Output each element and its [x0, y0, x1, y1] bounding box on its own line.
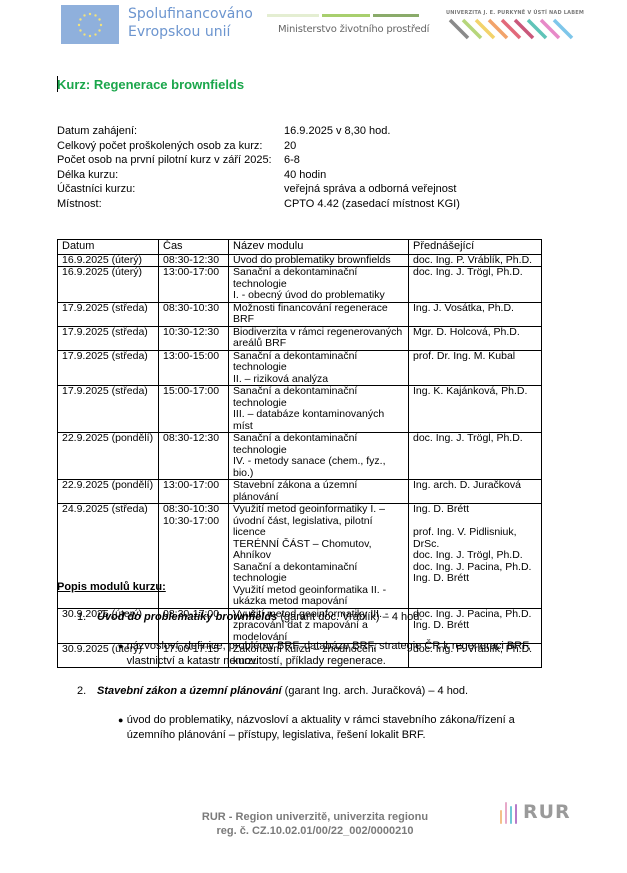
- cell-date: 17.9.2025 (středa): [58, 326, 159, 350]
- header-lecturer: Přednášející: [409, 240, 542, 255]
- cell-time: 08:30-12:30: [159, 433, 229, 480]
- module-line: Úvod do problematiky brownfields: [233, 255, 404, 267]
- time-line: 08:30-10:30: [163, 504, 224, 516]
- info-row: Místnost:CPTO 4.42 (zasedací místnost KG…: [57, 197, 460, 212]
- module-line: Sanační a dekontaminační technologie: [233, 562, 404, 585]
- time-line: 10:30-17:00: [163, 516, 224, 528]
- cell-time: 08:30-10:3010:30-17:00: [159, 504, 229, 609]
- module-number: 2.: [77, 684, 97, 699]
- schedule-table: Datum Čas Název modulu Přednášející 16.9…: [57, 239, 542, 668]
- info-label: Počet osob na první pilotní kurz v září …: [57, 153, 284, 168]
- module-line: IV. - metody sanace (chem., fyz., bio.): [233, 456, 404, 479]
- rur-logo: RUR: [500, 800, 571, 824]
- info-label: Datum zahájení:: [57, 124, 284, 139]
- time-line: 08:30-12:30: [163, 255, 224, 267]
- mzp-bar: [322, 14, 370, 17]
- cell-time: 13:00-17:00: [159, 267, 229, 303]
- module-line: Sanační a dekontaminační technologie: [233, 386, 404, 409]
- eu-stars-icon: [75, 10, 105, 40]
- lecturer-line: Ing. J. Vosátka, Ph.D.: [413, 303, 537, 315]
- bullet-icon: ●: [118, 639, 127, 669]
- cell-lecturer: Ing. D. Bréttprof. Ing. V. Pidlisniuk, D…: [409, 504, 542, 609]
- info-row: Účastníci kurzu:veřejná správa a odborná…: [57, 182, 460, 197]
- time-line: 15:00-17:00: [163, 386, 224, 398]
- cell-module: Sanační a dekontaminační technologieII. …: [229, 350, 409, 386]
- cell-lecturer: doc. Ing. P. Vráblík, Ph.D.: [409, 254, 542, 267]
- cell-lecturer: doc. Ing. J. Trögl, Ph.D.: [409, 267, 542, 303]
- module-1: 1. Úvod do problematiky brownfields (gar…: [77, 610, 547, 625]
- lecturer-line: prof. Ing. V. Pidlisniuk, DrSc.: [413, 527, 537, 550]
- course-info: Datum zahájení:16.9.2025 v 8,30 hod.Celk…: [57, 124, 460, 212]
- lecturer-line: Mgr. D. Holcová, Ph.D.: [413, 327, 537, 339]
- module-line: ukázka metod mapování: [233, 596, 404, 608]
- cell-lecturer: Ing. J. Vosátka, Ph.D.: [409, 302, 542, 326]
- cell-date: 22.9.2025 (pondělí): [58, 433, 159, 480]
- module-line: Sanační a dekontaminační technologie: [233, 267, 404, 290]
- rur-bar: [505, 802, 507, 824]
- cell-lecturer: doc. Ing. J. Trögl, Ph.D.: [409, 433, 542, 480]
- info-value: veřejná správa a odborná veřejnost: [284, 182, 456, 197]
- module-title: Úvod do problematiky brownfields: [97, 611, 277, 623]
- info-label: Účastníci kurzu:: [57, 182, 284, 197]
- mzp-bar: [267, 14, 319, 17]
- bullet-text: názvosloví, definice, problémy BRF, data…: [127, 639, 538, 669]
- table-row: 22.9.2025 (pondělí)13:00-17:00Stavební z…: [58, 480, 542, 504]
- time-line: 10:30-12:30: [163, 327, 224, 339]
- module-line: III. – databáze kontaminovaných míst: [233, 409, 404, 432]
- info-row: Celkový počet proškolených osob za kurz:…: [57, 139, 460, 154]
- cell-time: 13:00-17:00: [159, 480, 229, 504]
- eu-flag-logo: [61, 5, 119, 44]
- info-value: 20: [284, 139, 296, 154]
- module-guarantor: (garant Ing. arch. Juračková) – 4 hod.: [282, 685, 469, 697]
- bullet-icon: ●: [118, 713, 127, 743]
- cell-module: Úvod do problematiky brownfields: [229, 254, 409, 267]
- info-label: Celkový počet proškolených osob za kurz:: [57, 139, 284, 154]
- cell-module: Sanační a dekontaminační technologieIII.…: [229, 386, 409, 433]
- header-time: Čas: [159, 240, 229, 255]
- time-line: 08:30-10:30: [163, 303, 224, 315]
- module-line: areálů BRF: [233, 338, 404, 350]
- info-label: Délka kurzu:: [57, 168, 284, 183]
- rur-bar: [510, 806, 512, 824]
- lecturer-line: doc. Ing. P. Vráblík, Ph.D.: [413, 255, 537, 267]
- footer-project-text: RUR - Region univerzitě, univerzita regi…: [190, 810, 440, 838]
- cell-lecturer: prof. Dr. Ing. M. Kubal: [409, 350, 542, 386]
- info-value: 16.9.2025 v 8,30 hod.: [284, 124, 390, 139]
- cell-lecturer: Ing. arch. D. Juračková: [409, 480, 542, 504]
- footer-line1: RUR - Region univerzitě, univerzita regi…: [190, 810, 440, 824]
- cell-date: 22.9.2025 (pondělí): [58, 480, 159, 504]
- cell-module: Sanační a dekontaminační technologieI. -…: [229, 267, 409, 303]
- cell-date: 16.9.2025 (úterý): [58, 254, 159, 267]
- cell-module: Možnosti financování regenerace BRF: [229, 302, 409, 326]
- mzp-logo-bars: [267, 14, 437, 17]
- cell-time: 08:30-10:30: [159, 302, 229, 326]
- module-guarantor: (garant doc. Vráblík) – 4 hod.: [277, 611, 422, 623]
- lecturer-line: doc. Ing. J. Trögl, Ph.D.: [413, 433, 537, 445]
- module-line: Stavební zákona a územní plánování: [233, 480, 404, 503]
- info-value: CPTO 4.42 (zasedací místnost KGI): [284, 197, 460, 212]
- info-row: Počet osob na první pilotní kurz v září …: [57, 153, 460, 168]
- table-row: 16.9.2025 (úterý)08:30-12:30Úvod do prob…: [58, 254, 542, 267]
- cell-time: 15:00-17:00: [159, 386, 229, 433]
- module-line: Sanační a dekontaminační technologie: [233, 433, 404, 456]
- lecturer-line: Ing. D. Brétt: [413, 573, 537, 585]
- bullet-text: úvod do problematiky, názvosloví a aktua…: [127, 713, 558, 743]
- module-line: Možnosti financování regenerace BRF: [233, 303, 404, 326]
- table-row: 16.9.2025 (úterý)13:00-17:00Sanační a de…: [58, 267, 542, 303]
- rur-bar: [500, 810, 502, 824]
- info-value: 40 hodin: [284, 168, 326, 183]
- lecturer-line: Ing. D. Brétt: [413, 504, 537, 516]
- course-title: Kurz: Regenerace brownfields: [57, 77, 244, 92]
- time-line: 13:00-17:00: [163, 480, 224, 492]
- module-line: I. - obecný úvod do problematiky: [233, 290, 404, 302]
- info-row: Datum zahájení:16.9.2025 v 8,30 hod.: [57, 124, 460, 139]
- cell-date: 16.9.2025 (úterý): [58, 267, 159, 303]
- header-date: Datum: [58, 240, 159, 255]
- module-line: Využití metod geoinformatiky I. –: [233, 504, 404, 516]
- lecturer-line: prof. Dr. Ing. M. Kubal: [413, 351, 537, 363]
- table-row: 17.9.2025 (středa)10:30-12:30Biodiverzit…: [58, 326, 542, 350]
- eu-text-line2: Evropskou unií: [128, 23, 253, 41]
- time-line: 13:00-17:00: [163, 267, 224, 279]
- footer-line2: reg. č. CZ.10.02.01/00/22_002/0000210: [190, 824, 440, 838]
- module-line: II. – riziková analýza: [233, 374, 404, 386]
- cell-module: Stavební zákona a územní plánování: [229, 480, 409, 504]
- cell-module: Sanační a dekontaminační technologieIV. …: [229, 433, 409, 480]
- module-2: 2. Stavební zákon a územní plánování (ga…: [77, 684, 547, 699]
- module-line: TERÉNNÍ ČÁST – Chomutov, Ahníkov: [233, 539, 404, 562]
- lecturer-line: Ing. K. Kajánková, Ph.D.: [413, 386, 537, 398]
- cell-lecturer: Mgr. D. Holcová, Ph.D.: [409, 326, 542, 350]
- table-row: 22.9.2025 (pondělí)08:30-12:30Sanační a …: [58, 433, 542, 480]
- mzp-logo-text: Ministerstvo životního prostředí: [278, 24, 429, 35]
- header-module: Název modulu: [229, 240, 409, 255]
- module-line: úvodní část, legislativa, pilotní licenc…: [233, 516, 404, 539]
- info-value: 6-8: [284, 153, 300, 168]
- info-label: Místnost:: [57, 197, 284, 212]
- module-title: Stavební zákon a územní plánování: [97, 685, 282, 697]
- module-number: 1.: [77, 610, 97, 625]
- ujep-logo-text: UNIVERZITA J. E. PURKYNĚ V ÚSTÍ NAD LABE…: [446, 10, 584, 16]
- module-line: Sanační a dekontaminační technologie: [233, 351, 404, 374]
- ujep-stripes-icon: [446, 18, 576, 40]
- mzp-bar: [373, 14, 419, 17]
- lecturer-line: Ing. arch. D. Juračková: [413, 480, 537, 492]
- cell-lecturer: Ing. K. Kajánková, Ph.D.: [409, 386, 542, 433]
- rur-bars-icon: [500, 800, 517, 824]
- eu-cofinanced-text: Spolufinancováno Evropskou unií: [128, 5, 253, 41]
- module-1-bullet: ● názvosloví, definice, problémy BRF, da…: [118, 639, 538, 669]
- rur-bar: [515, 804, 517, 824]
- lecturer-line: doc. Ing. J. Trögl, Ph.D.: [413, 267, 537, 279]
- cell-date: 17.9.2025 (středa): [58, 302, 159, 326]
- rur-logo-text: RUR: [523, 801, 571, 823]
- module-2-bullet: ● úvod do problematiky, názvosloví a akt…: [118, 713, 558, 743]
- table-row: 17.9.2025 (středa)08:30-10:30Možnosti fi…: [58, 302, 542, 326]
- table-header-row: Datum Čas Název modulu Přednášející: [58, 240, 542, 255]
- modules-description-heading: Popis modulů kurzu:: [57, 581, 166, 593]
- time-line: 13:00-15:00: [163, 351, 224, 363]
- cell-date: 17.9.2025 (středa): [58, 386, 159, 433]
- lecturer-line: doc. Ing. J. Trögl, Ph.D.: [413, 550, 537, 562]
- cell-module: Biodiverzita v rámci regenerovanýchareál…: [229, 326, 409, 350]
- cell-time: 08:30-12:30: [159, 254, 229, 267]
- cell-time: 13:00-15:00: [159, 350, 229, 386]
- eu-text-line1: Spolufinancováno: [128, 5, 253, 23]
- cell-date: 17.9.2025 (středa): [58, 350, 159, 386]
- info-row: Délka kurzu:40 hodin: [57, 168, 460, 183]
- table-row: 17.9.2025 (středa)13:00-15:00Sanační a d…: [58, 350, 542, 386]
- time-line: 08:30-12:30: [163, 433, 224, 445]
- table-row: 17.9.2025 (středa)15:00-17:00Sanační a d…: [58, 386, 542, 433]
- cell-module: Využití metod geoinformatiky I. –úvodní …: [229, 504, 409, 609]
- cell-time: 10:30-12:30: [159, 326, 229, 350]
